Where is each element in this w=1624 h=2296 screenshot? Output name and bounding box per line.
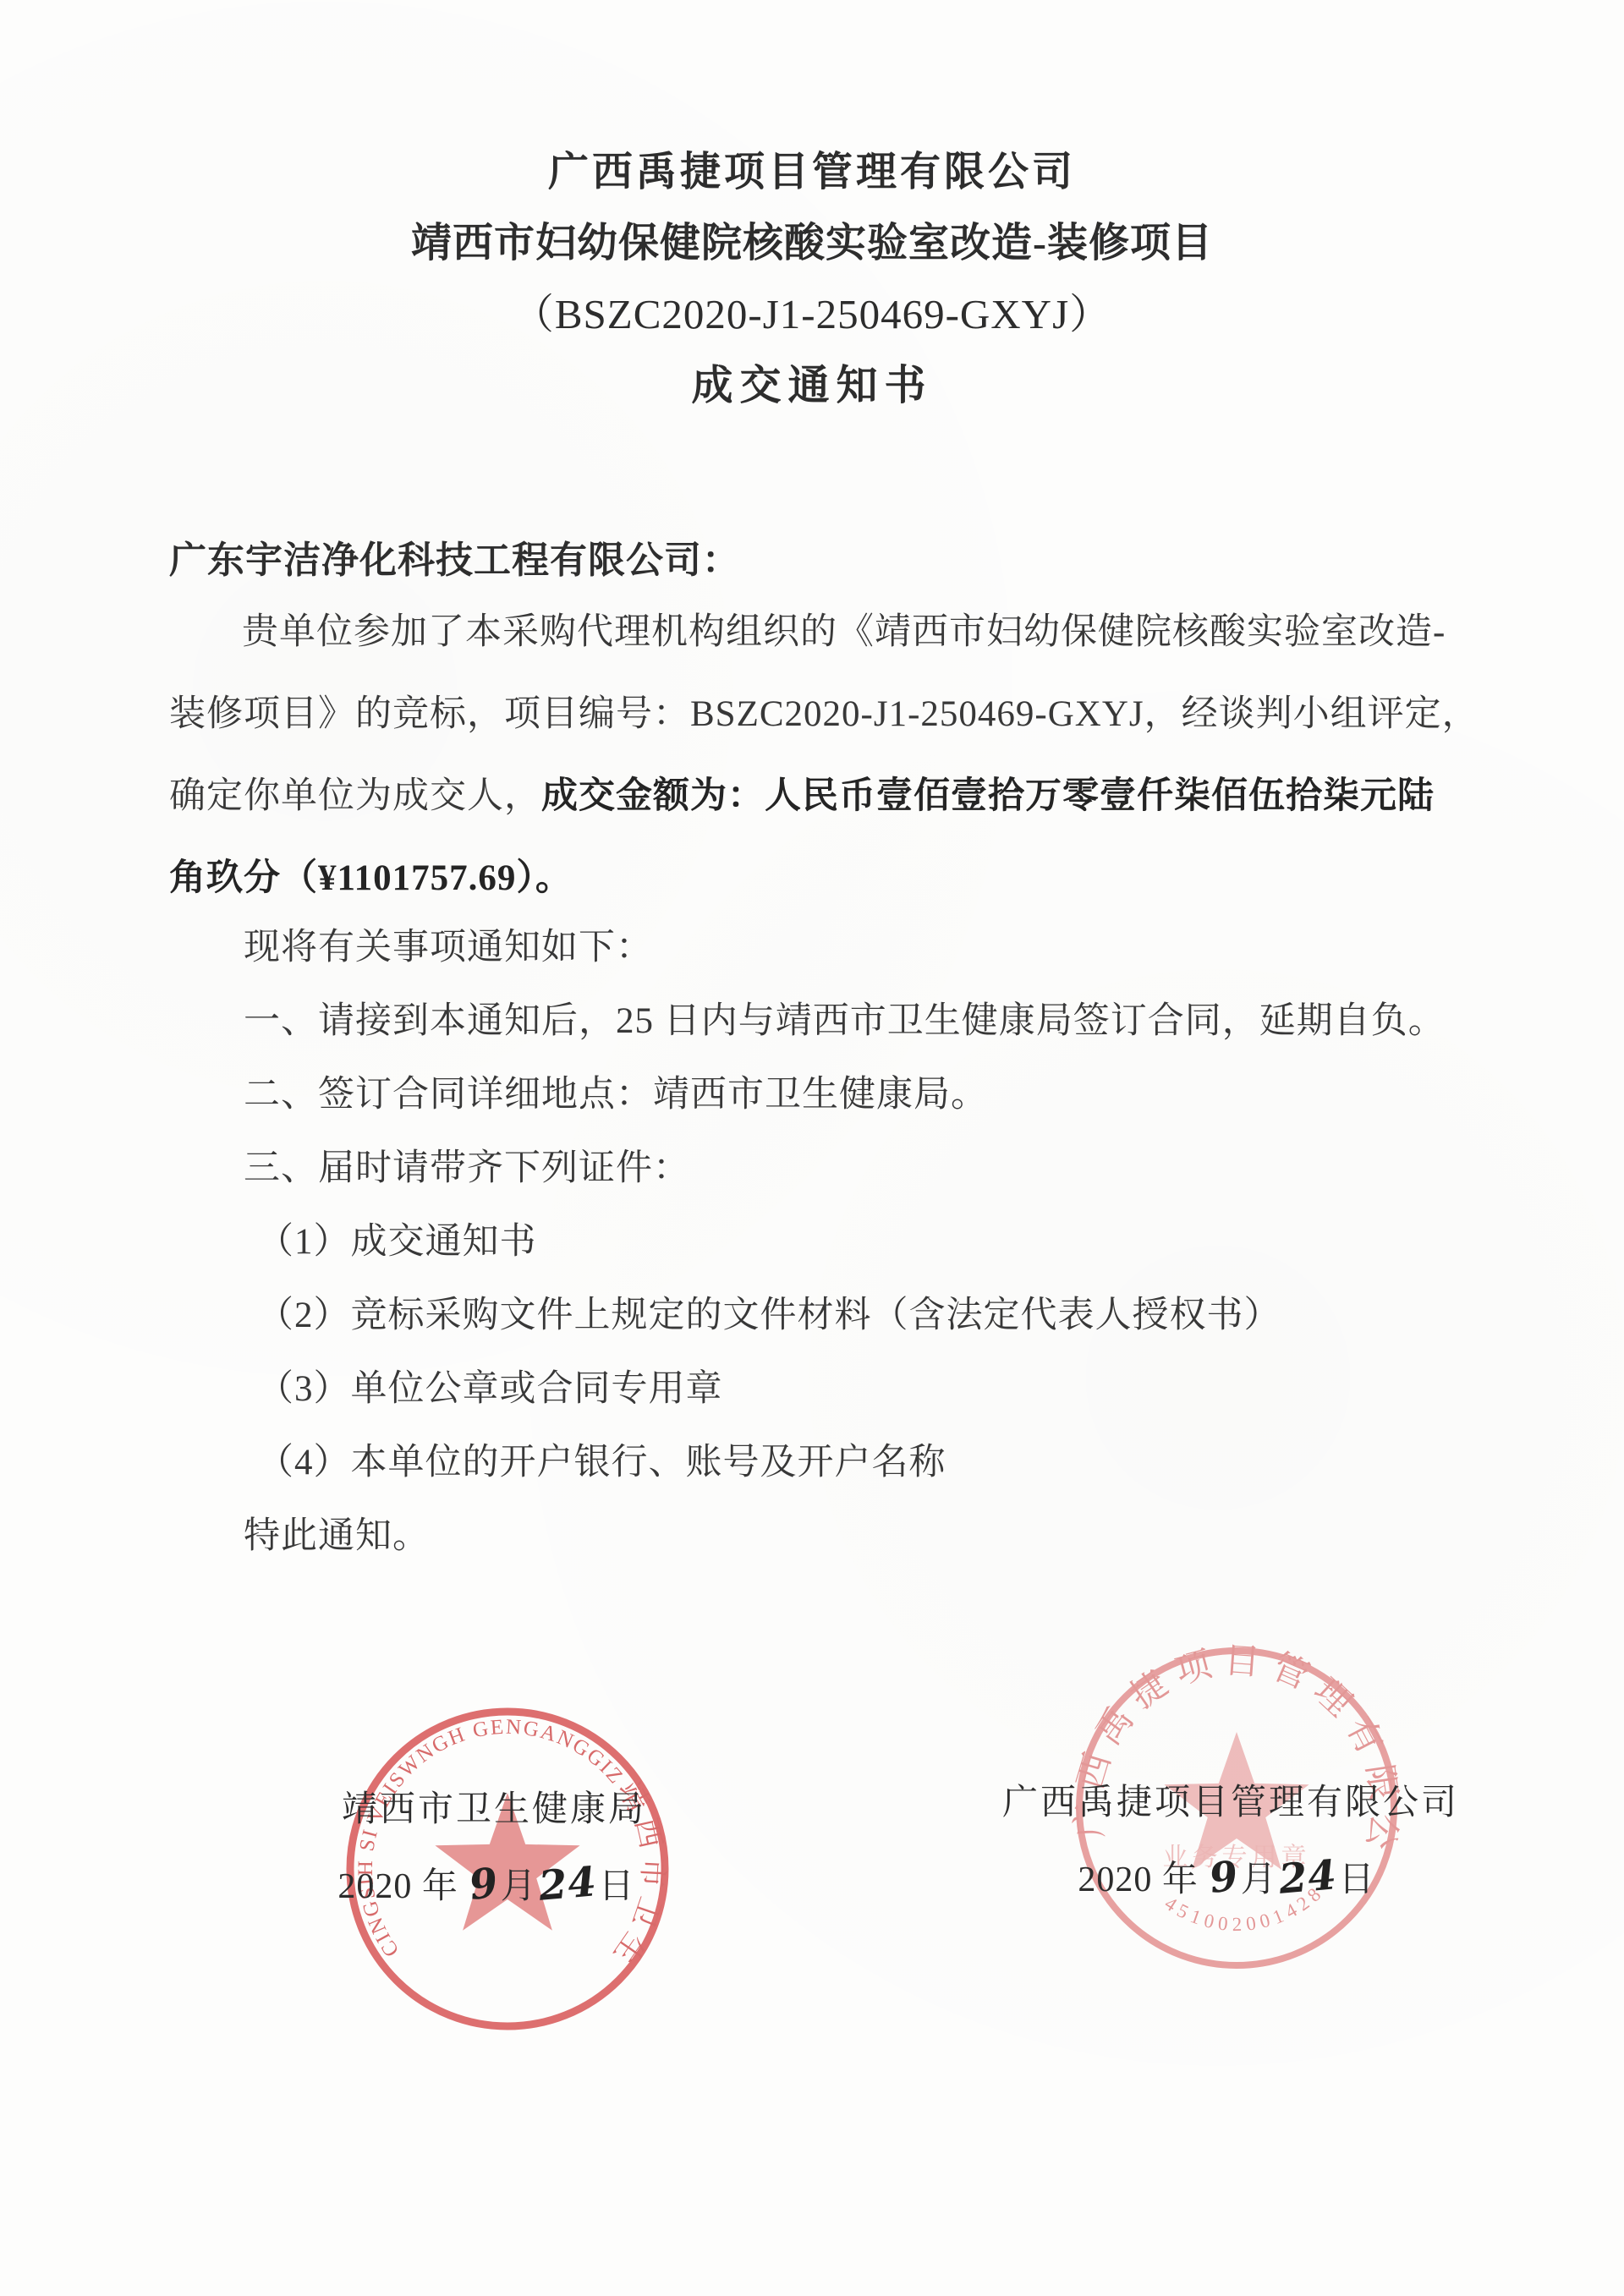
paragraph-line-2: 装修项目》的竞标，项目编号：BSZC2020-J1-250469-GXYJ，经谈… (169, 673, 1472, 755)
signer-left-org: 靖西市卫生健康局 (333, 1786, 655, 1833)
left-date-day-label: 日 (599, 1867, 635, 1906)
right-date-year-label: 年 (1162, 1860, 1199, 1899)
deal-amount-text: 成交金额为：人民币壹佰壹拾万零壹仟柒佰伍拾柒元陆 (541, 776, 1435, 816)
left-date-day-handwritten: 24 (537, 1858, 599, 1910)
certificate-item-3: （3）单位公章或合同专用章 (169, 1352, 1472, 1426)
notice-item-2: 二、签订合同详细地点：靖西市卫生健康局。 (169, 1058, 1472, 1132)
notice-list: 现将有关事项通知如下： 一、请接到本通知后，25 日内与靖西市卫生健康局签订合同… (169, 911, 1472, 1573)
signer-left-date: 2020 年 9月24日 (304, 1860, 668, 1910)
title-document-type: 成交通知书 (0, 350, 1624, 421)
notice-item-3: 三、届时请带齐下列证件： (169, 1132, 1472, 1205)
right-date-day-handwritten: 24 (1277, 1851, 1339, 1904)
paragraph-line-3-regular: 确定你单位为成交人， (169, 776, 541, 816)
right-date-day-label: 日 (1339, 1860, 1375, 1899)
paragraph-line-4-amount-figure: 角玖分（¥1101757.69）。 (169, 837, 1472, 919)
addressee-line: 广东宇洁净化科技工程有限公司： (169, 534, 1472, 587)
title-project-name: 靖西市妇幼保健院核酸实验室改造-装修项目 (0, 208, 1624, 279)
certificate-item-2: （2）竞标采购文件上规定的文件材料（含法定代表人授权书） (169, 1279, 1472, 1352)
paragraph-line-3: 确定你单位为成交人，成交金额为：人民币壹佰壹拾万零壹仟柒佰伍拾柒元陆 (169, 755, 1472, 837)
right-date-year: 2020 (1078, 1860, 1152, 1899)
title-project-number: （BSZC2020-J1-250469-GXYJ） (0, 279, 1624, 350)
left-date-year: 2020 (337, 1867, 412, 1906)
notice-item-1: 一、请接到本通知后，25 日内与靖西市卫生健康局签订合同，延期自负。 (169, 984, 1472, 1058)
stamp-left-arc-latin: CINGSIH SI VEISWNGH GENGANGGIZ (354, 1716, 628, 1961)
body-content: 广东宇洁净化科技工程有限公司： 贵单位参加了本采购代理机构组织的《靖西市妇幼保健… (169, 534, 1472, 1573)
paragraph-line-1: 贵单位参加了本采购代理机构组织的《靖西市妇幼保健院核酸实验室改造- (169, 591, 1472, 673)
certificate-item-4: （4）本单位的开户银行、账号及开户名称 (169, 1426, 1472, 1499)
right-date-month-handwritten: 9 (1207, 1852, 1243, 1903)
left-date-month-label: 月 (501, 1867, 537, 1906)
title-agency-name: 广西禹捷项目管理有限公司 (0, 137, 1624, 208)
main-paragraph: 贵单位参加了本采购代理机构组织的《靖西市妇幼保健院核酸实验室改造- 装修项目》的… (169, 591, 1472, 919)
scanned-notice-page: 广西禹捷项目管理有限公司 靖西市妇幼保健院核酸实验室改造-装修项目 （BSZC2… (0, 0, 1624, 2296)
certificate-item-1: （1）成交通知书 (169, 1205, 1472, 1279)
signer-right-date: 2020 年 9月24日 (1045, 1854, 1408, 1904)
left-date-month-handwritten: 9 (467, 1859, 502, 1910)
left-date-year-label: 年 (422, 1867, 458, 1906)
signer-right-org: 广西禹捷项目管理有限公司 (985, 1779, 1476, 1827)
notice-intro-line: 现将有关事项通知如下： (169, 911, 1472, 984)
title-block: 广西禹捷项目管理有限公司 靖西市妇幼保健院核酸实验室改造-装修项目 （BSZC2… (0, 0, 1624, 421)
closing-line: 特此通知。 (169, 1499, 1472, 1573)
right-date-month-label: 月 (1241, 1860, 1277, 1899)
